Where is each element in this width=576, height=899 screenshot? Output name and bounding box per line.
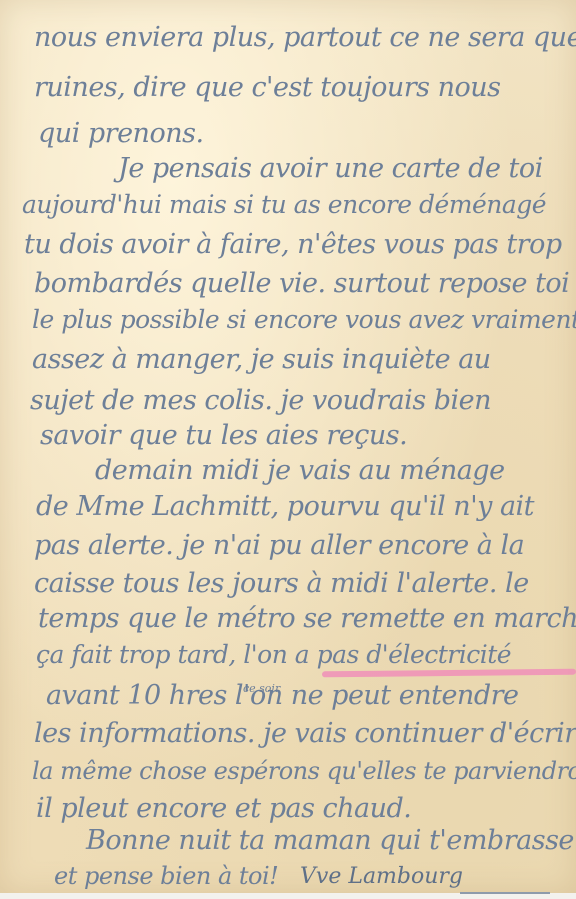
letter-line: bombardés quelle vie. surtout repose toi bbox=[34, 268, 569, 299]
letter-line: temps que le métro se remette en marche bbox=[38, 603, 576, 634]
letter-line: la même chose espérons qu'elles te parvi… bbox=[32, 757, 576, 785]
letter-line: tu dois avoir à faire, n'êtes vous pas t… bbox=[24, 229, 562, 260]
letter-page: nous enviera plus, partout ce ne sera qu… bbox=[0, 0, 576, 893]
letter-line: aujourd'hui mais si tu as encore déménag… bbox=[22, 190, 546, 219]
letter-line: de Mme Lachmitt, pourvu qu'il n'y ait bbox=[36, 491, 534, 522]
signature-underline bbox=[460, 892, 550, 894]
signature: Vve Lambourg bbox=[300, 864, 463, 889]
letter-line: caisse tous les jours à midi l'alerte. l… bbox=[34, 568, 529, 599]
letter-line: avant 10 hres l'on ne peut entendre bbox=[46, 680, 519, 711]
letter-line: le plus possible si encore vous avez vra… bbox=[32, 305, 576, 334]
letter-line: et pense bien à toi! bbox=[54, 862, 278, 890]
letter-line: assez à manger, je suis inquiète au bbox=[32, 344, 491, 375]
letter-line: Bonne nuit ta maman qui t'embrasse bbox=[86, 825, 574, 856]
letter-line: ruines, dire que c'est toujours nous bbox=[34, 72, 501, 103]
letter-line: qui prenons. bbox=[38, 118, 204, 149]
letter-line: sujet de mes colis. je voudrais bien bbox=[30, 385, 491, 416]
letter-line: demain midi je vais au ménage bbox=[95, 455, 505, 486]
letter-line: savoir que tu les aies reçus. bbox=[40, 420, 407, 451]
letter-line: il pleut encore et pas chaud. bbox=[36, 793, 411, 824]
letter-line: les informations. je vais continuer d'éc… bbox=[34, 718, 576, 749]
letter-line: nous enviera plus, partout ce ne sera qu… bbox=[34, 22, 576, 53]
letter-line: pas alerte. je n'ai pu aller encore à la bbox=[34, 530, 524, 561]
pink-highlight-stroke bbox=[322, 669, 576, 678]
letter-line: ça fait trop tard, l'on a pas d'électric… bbox=[36, 640, 511, 669]
letter-line: Je pensais avoir une carte de toi bbox=[118, 153, 543, 184]
